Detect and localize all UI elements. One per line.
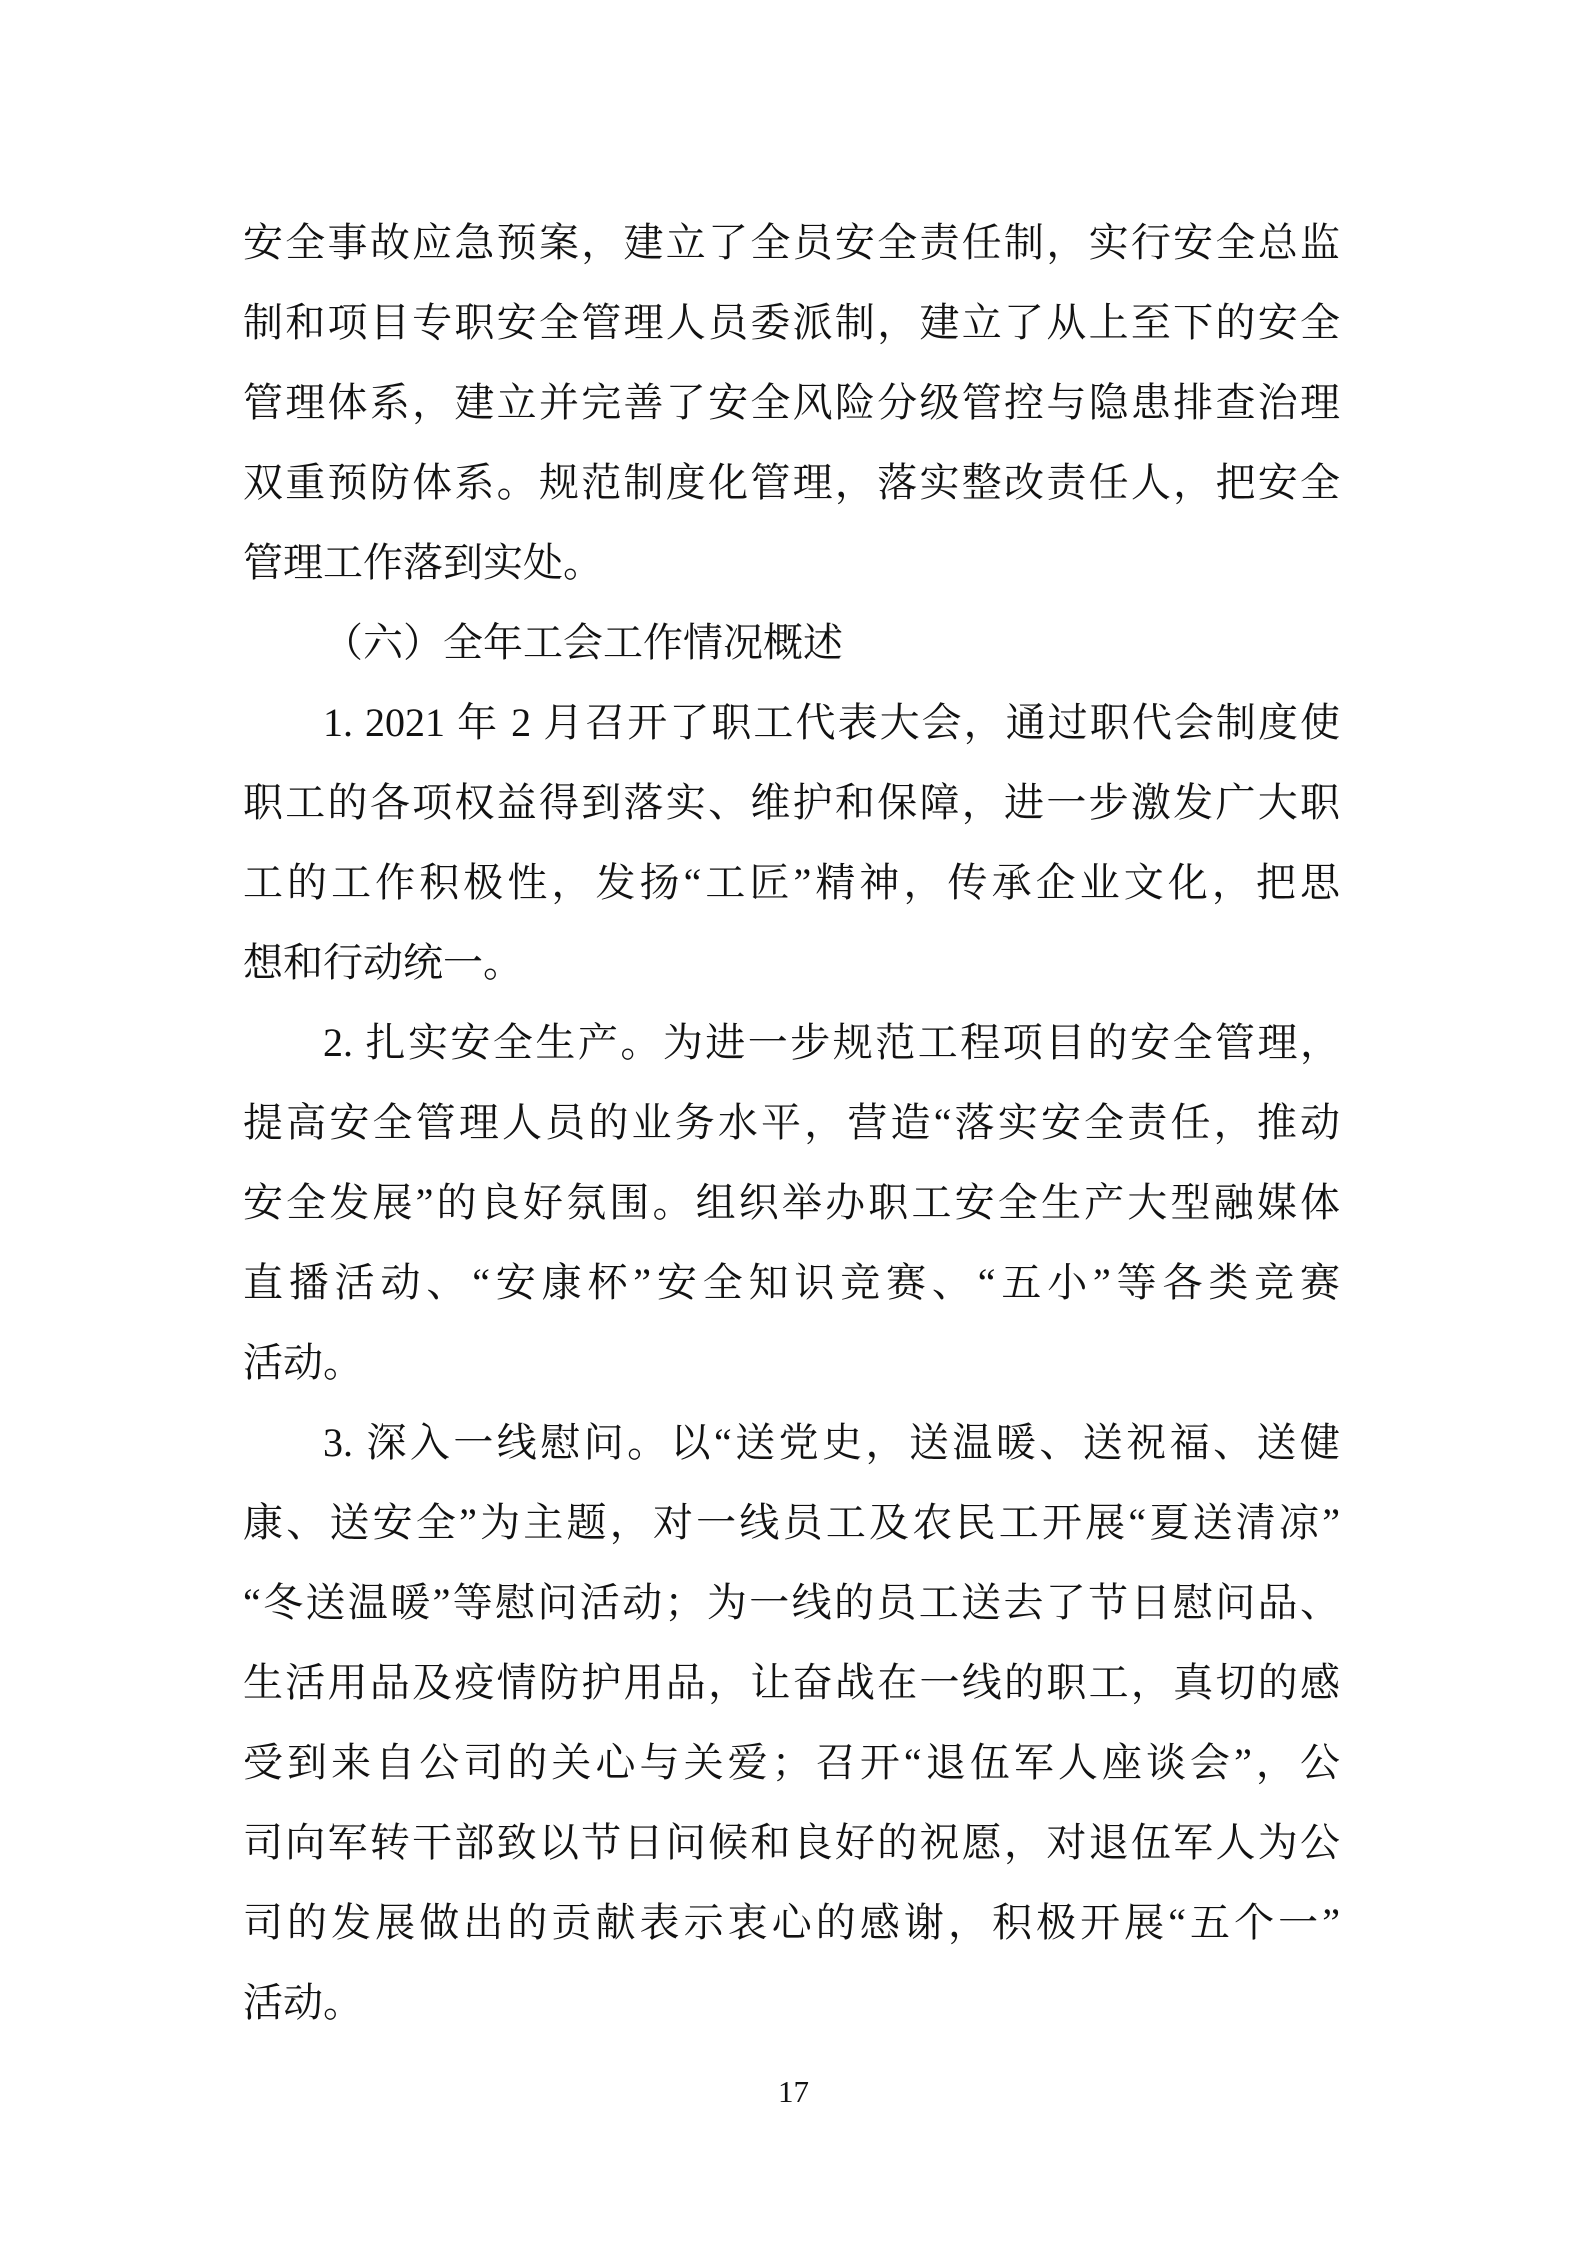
text-line: 受到来自公司的关心与关爱；召开“退伍军人座谈会”，公 [243, 1723, 1340, 1803]
text-line: “冬送温暖”等慰问活动；为一线的员工送去了节日慰问品、 [243, 1563, 1340, 1643]
paragraph-safety-system: 安全事故应急预案，建立了全员安全责任制，实行安全总监制和项目专职安全管理人员委派… [243, 203, 1340, 603]
paragraph-item-1: 1. 2021 年 2 月召开了职工代表大会，通过职代会制度使职工的各项权益得到… [243, 683, 1340, 1003]
text-line: 司的发展做出的贡献表示衷心的感谢，积极开展“五个一” [243, 1883, 1340, 1963]
text-line: 活动。 [243, 1323, 1340, 1403]
page-number: 17 [0, 2072, 1587, 2112]
paragraph-item-3: 3. 深入一线慰问。以“送党史，送温暖、送祝福、送健康、送安全”为主题，对一线员… [243, 1403, 1340, 2043]
text-line: 安全事故应急预案，建立了全员安全责任制，实行安全总监 [243, 203, 1340, 283]
text-line: 活动。 [243, 1963, 1340, 2043]
text-line: （六）全年工会工作情况概述 [243, 603, 1340, 683]
text-line: 2. 扎实安全生产。为进一步规范工程项目的安全管理， [243, 1003, 1340, 1083]
text-line: 提高安全管理人员的业务水平，营造“落实安全责任，推动 [243, 1083, 1340, 1163]
text-line: 制和项目专职安全管理人员委派制，建立了从上至下的安全 [243, 283, 1340, 363]
text-line: 管理体系，建立并完善了安全风险分级管控与隐患排查治理 [243, 363, 1340, 443]
text-line: 管理工作落到实处。 [243, 523, 1340, 603]
text-line: 职工的各项权益得到落实、维护和保障，进一步激发广大职 [243, 763, 1340, 843]
section-heading-six: （六）全年工会工作情况概述 [243, 603, 1340, 683]
document-page: 安全事故应急预案，建立了全员安全责任制，实行安全总监制和项目专职安全管理人员委派… [0, 0, 1587, 2245]
text-line: 双重预防体系。规范制度化管理，落实整改责任人，把安全 [243, 443, 1340, 523]
document-body: 安全事故应急预案，建立了全员安全责任制，实行安全总监制和项目专职安全管理人员委派… [243, 203, 1340, 2043]
text-line: 直播活动、“安康杯”安全知识竞赛、“五小”等各类竞赛 [243, 1243, 1340, 1323]
text-line: 3. 深入一线慰问。以“送党史，送温暖、送祝福、送健 [243, 1403, 1340, 1483]
text-line: 司向军转干部致以节日问候和良好的祝愿，对退伍军人为公 [243, 1803, 1340, 1883]
text-line: 康、送安全”为主题，对一线员工及农民工开展“夏送清凉” [243, 1483, 1340, 1563]
text-line: 安全发展”的良好氛围。组织举办职工安全生产大型融媒体 [243, 1163, 1340, 1243]
text-line: 工的工作积极性，发扬“工匠”精神，传承企业文化，把思 [243, 843, 1340, 923]
text-line: 1. 2021 年 2 月召开了职工代表大会，通过职代会制度使 [243, 683, 1340, 763]
paragraph-item-2: 2. 扎实安全生产。为进一步规范工程项目的安全管理，提高安全管理人员的业务水平，… [243, 1003, 1340, 1403]
text-line: 生活用品及疫情防护用品，让奋战在一线的职工，真切的感 [243, 1643, 1340, 1723]
text-line: 想和行动统一。 [243, 923, 1340, 1003]
